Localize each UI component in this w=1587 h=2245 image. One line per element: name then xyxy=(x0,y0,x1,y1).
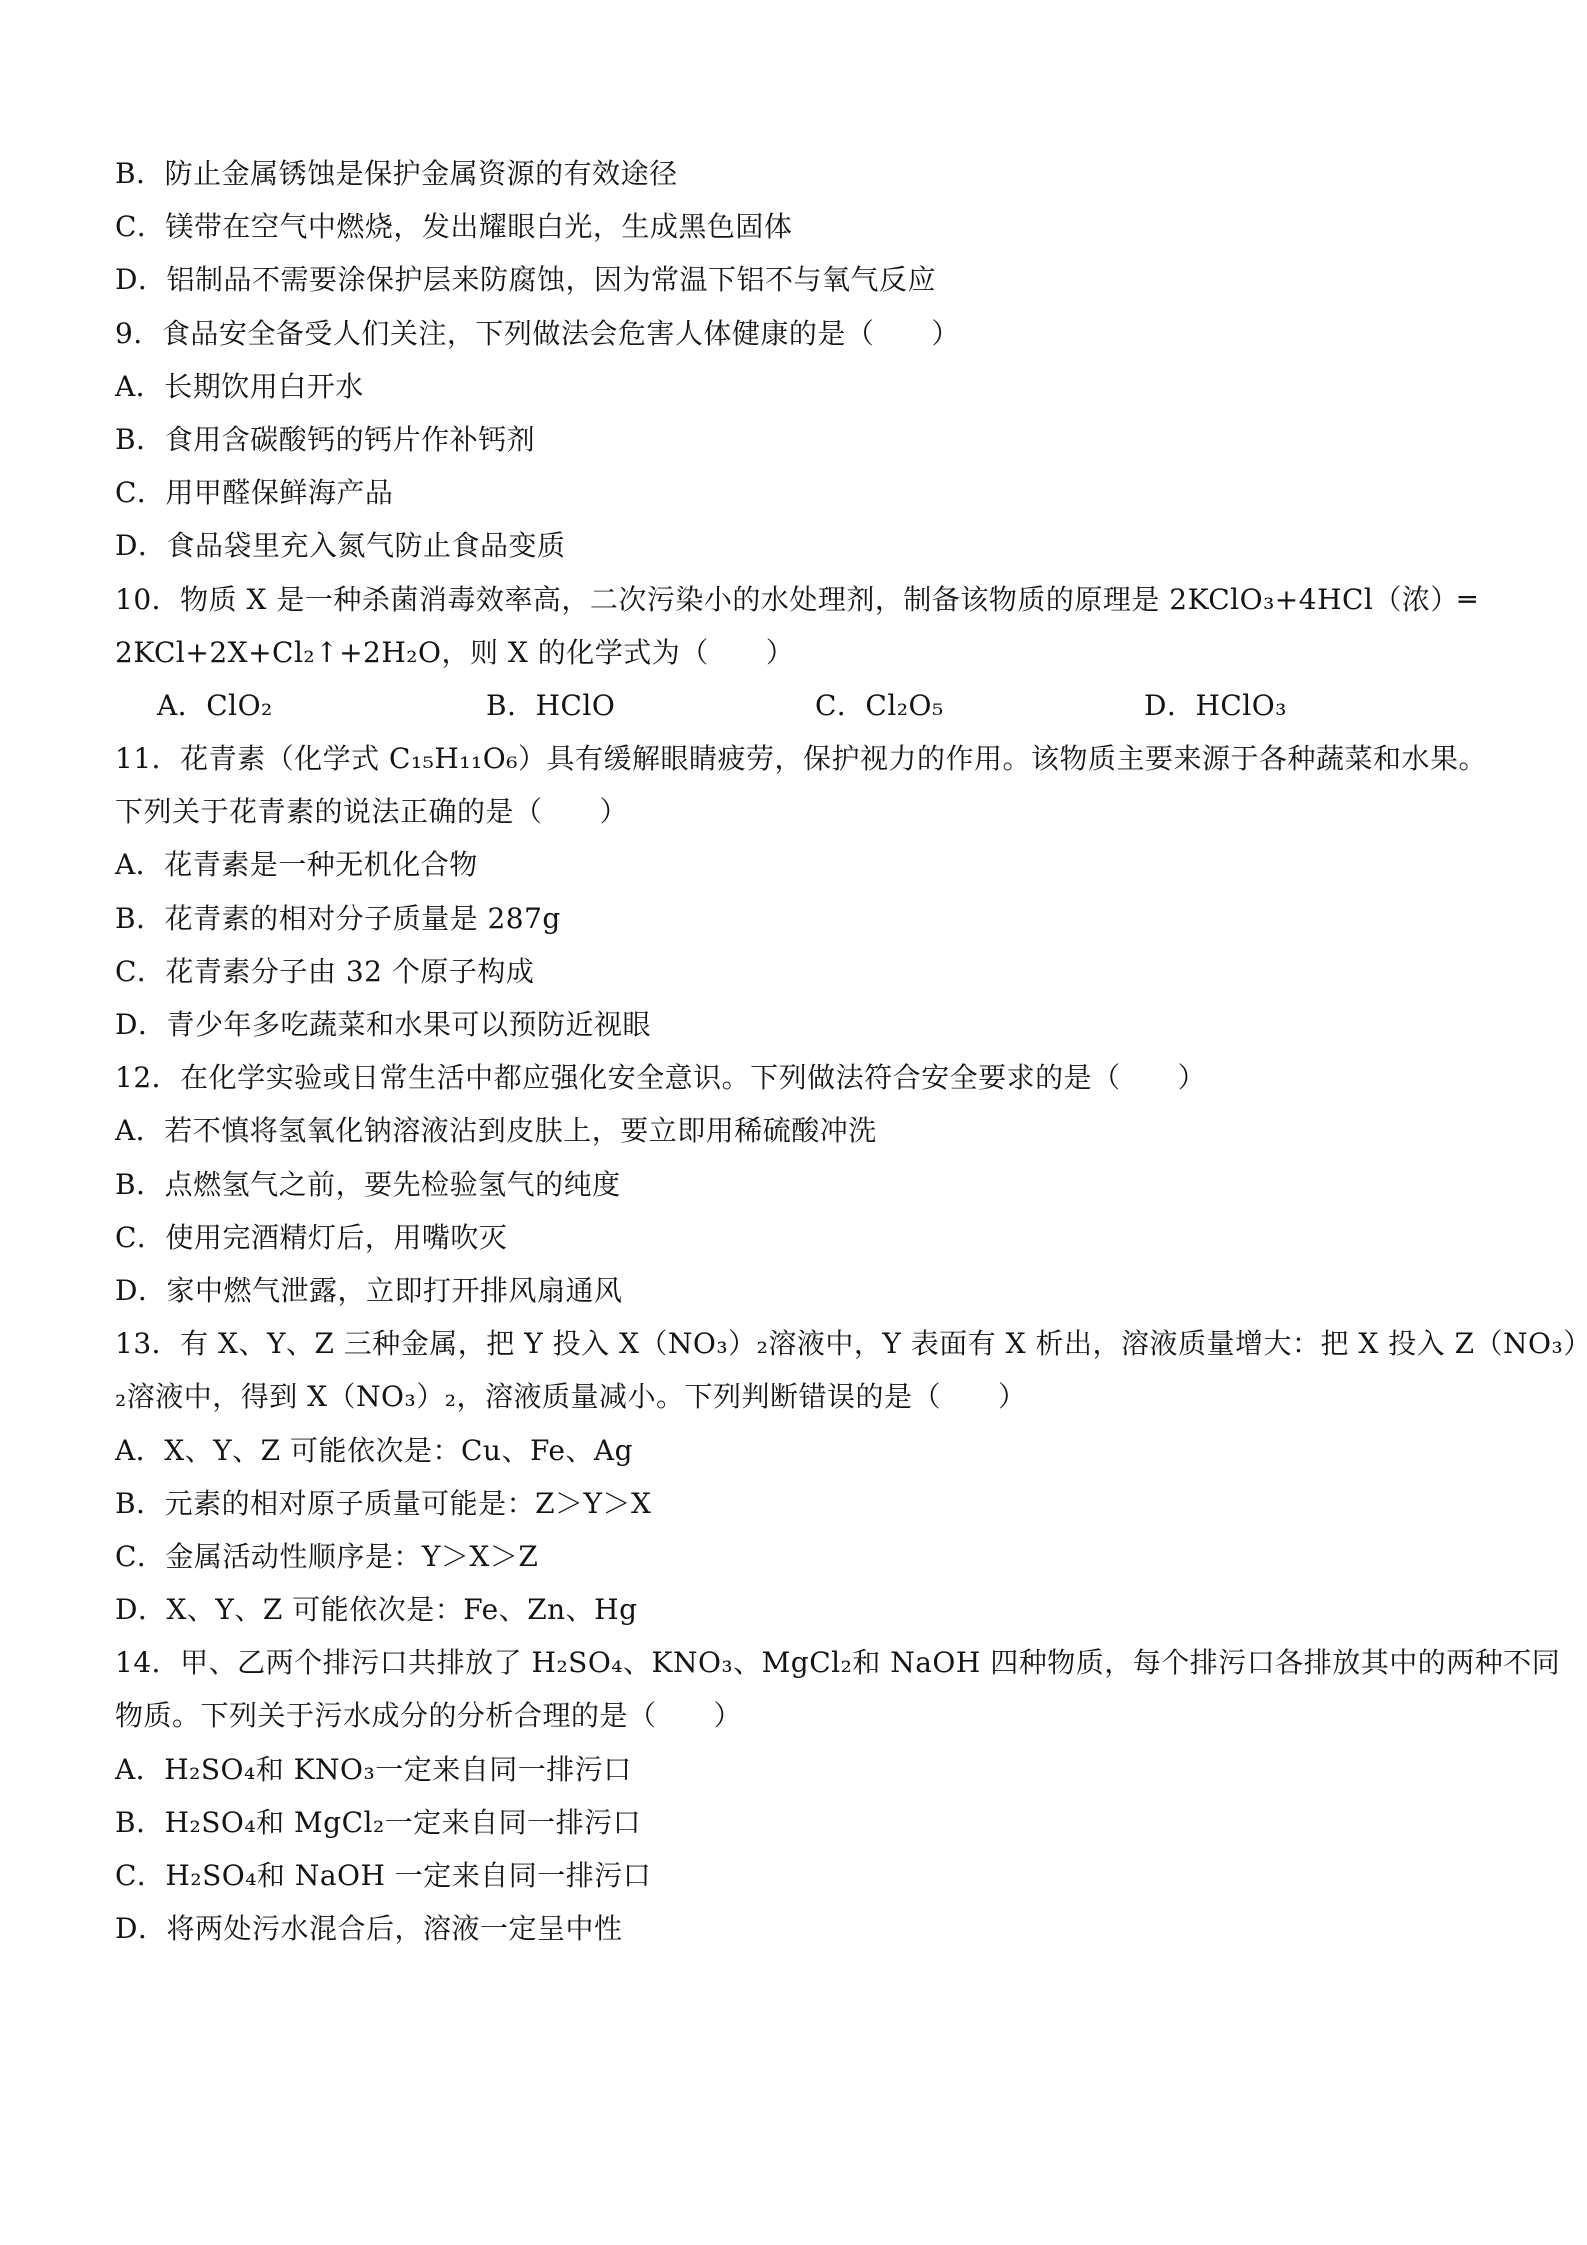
q12-option-a: A．若不慎将氢氧化钠溶液沾到皮肤上，要立即用稀硫酸冲洗 xyxy=(115,1104,1490,1157)
q9-option-c: C．用甲醛保鲜海产品 xyxy=(115,466,1490,519)
q13-option-d: D．X、Y、Z 可能依次是：Fe、Zn、Hg xyxy=(115,1583,1490,1636)
q12-option-b: B．点燃氢气之前，要先检验氢气的纯度 xyxy=(115,1158,1490,1211)
q13-stem-line2: ₂溶液中，得到 X（NO₃）₂，溶液质量减小。下列判断错误的是（ ） xyxy=(115,1370,1490,1423)
q13-option-c: C．金属活动性顺序是：Y＞X＞Z xyxy=(115,1530,1490,1583)
q10-stem-line2: 2KCl+2X+Cl₂↑+2H₂O，则 X 的化学式为（ ） xyxy=(115,626,1490,679)
q12-stem: 12．在化学实验或日常生活中都应强化安全意识。下列做法符合安全要求的是（ ） xyxy=(115,1051,1490,1104)
q13-option-a: A．X、Y、Z 可能依次是：Cu、Fe、Ag xyxy=(115,1424,1490,1477)
q9-option-a: A．长期饮用白开水 xyxy=(115,360,1490,413)
q11-option-a: A．花青素是一种无机化合物 xyxy=(115,838,1490,891)
q11-stem-line2: 下列关于花青素的说法正确的是（ ） xyxy=(115,785,1490,838)
q9-stem: 9．食品安全备受人们关注，下列做法会危害人体健康的是（ ） xyxy=(115,307,1490,360)
exam-page: B．防止金属锈蚀是保护金属资源的有效途径C．镁带在空气中燃烧，发出耀眼白光，生成… xyxy=(0,0,1587,2245)
q11-option-b: B．花青素的相对分子质量是 287g xyxy=(115,892,1490,945)
q14-option-c: C．H₂SO₄和 NaOH 一定来自同一排污口 xyxy=(115,1849,1490,1902)
q14-option-b: B．H₂SO₄和 MgCl₂一定来自同一排污口 xyxy=(115,1796,1490,1849)
q13-option-b: B．元素的相对原子质量可能是：Z＞Y＞X xyxy=(115,1477,1490,1530)
q11-option-c: C．花青素分子由 32 个原子构成 xyxy=(115,945,1490,998)
q12-option-d: D．家中燃气泄露，立即打开排风扇通风 xyxy=(115,1264,1490,1317)
q9-option-d: D．食品袋里充入氮气防止食品变质 xyxy=(115,519,1490,572)
q12-option-c: C．使用完酒精灯后，用嘴吹灭 xyxy=(115,1211,1490,1264)
q8-option-b: B．防止金属锈蚀是保护金属资源的有效途径 xyxy=(115,147,1490,200)
q13-stem-line1: 13．有 X、Y、Z 三种金属，把 Y 投入 X（NO₃）₂溶液中，Y 表面有 … xyxy=(115,1317,1490,1370)
q11-option-d: D．青少年多吃蔬菜和水果可以预防近视眼 xyxy=(115,998,1490,1051)
q11-stem-line1: 11．花青素（化学式 C₁₅H₁₁O₆）具有缓解眼睛疲劳，保护视力的作用。该物质… xyxy=(115,732,1490,785)
q10-options-row-option-d: D．HClO₃ xyxy=(1144,679,1473,732)
q10-options-row-option-c: C．Cl₂O₅ xyxy=(815,679,1144,732)
q8-option-c: C．镁带在空气中燃烧，发出耀眼白光，生成黑色固体 xyxy=(115,200,1490,253)
q14-option-a: A．H₂SO₄和 KNO₃一定来自同一排污口 xyxy=(115,1743,1490,1796)
q9-option-b: B．食用含碳酸钙的钙片作补钙剂 xyxy=(115,413,1490,466)
q10-stem-line1: 10．物质 X 是一种杀菌消毒效率高，二次污染小的水处理剂，制备该物质的原理是 … xyxy=(115,573,1490,626)
q10-options-row-option-a: A．ClO₂ xyxy=(157,679,486,732)
q14-stem-line2: 物质。下列关于污水成分的分析合理的是（ ） xyxy=(115,1689,1490,1742)
q8-option-d: D．铝制品不需要涂保护层来防腐蚀，因为常温下铝不与氧气反应 xyxy=(115,253,1490,306)
q10-options-row-option-b: B．HClO xyxy=(486,679,815,732)
q14-stem-line1: 14．甲、乙两个排污口共排放了 H₂SO₄、KNO₃、MgCl₂和 NaOH 四… xyxy=(115,1636,1490,1689)
q14-option-d: D．将两处污水混合后，溶液一定呈中性 xyxy=(115,1902,1490,1955)
q10-options-row: A．ClO₂B．HClOC．Cl₂O₅D．HClO₃ xyxy=(115,679,1490,732)
exam-questions-block: B．防止金属锈蚀是保护金属资源的有效途径C．镁带在空气中燃烧，发出耀眼白光，生成… xyxy=(115,147,1490,1955)
